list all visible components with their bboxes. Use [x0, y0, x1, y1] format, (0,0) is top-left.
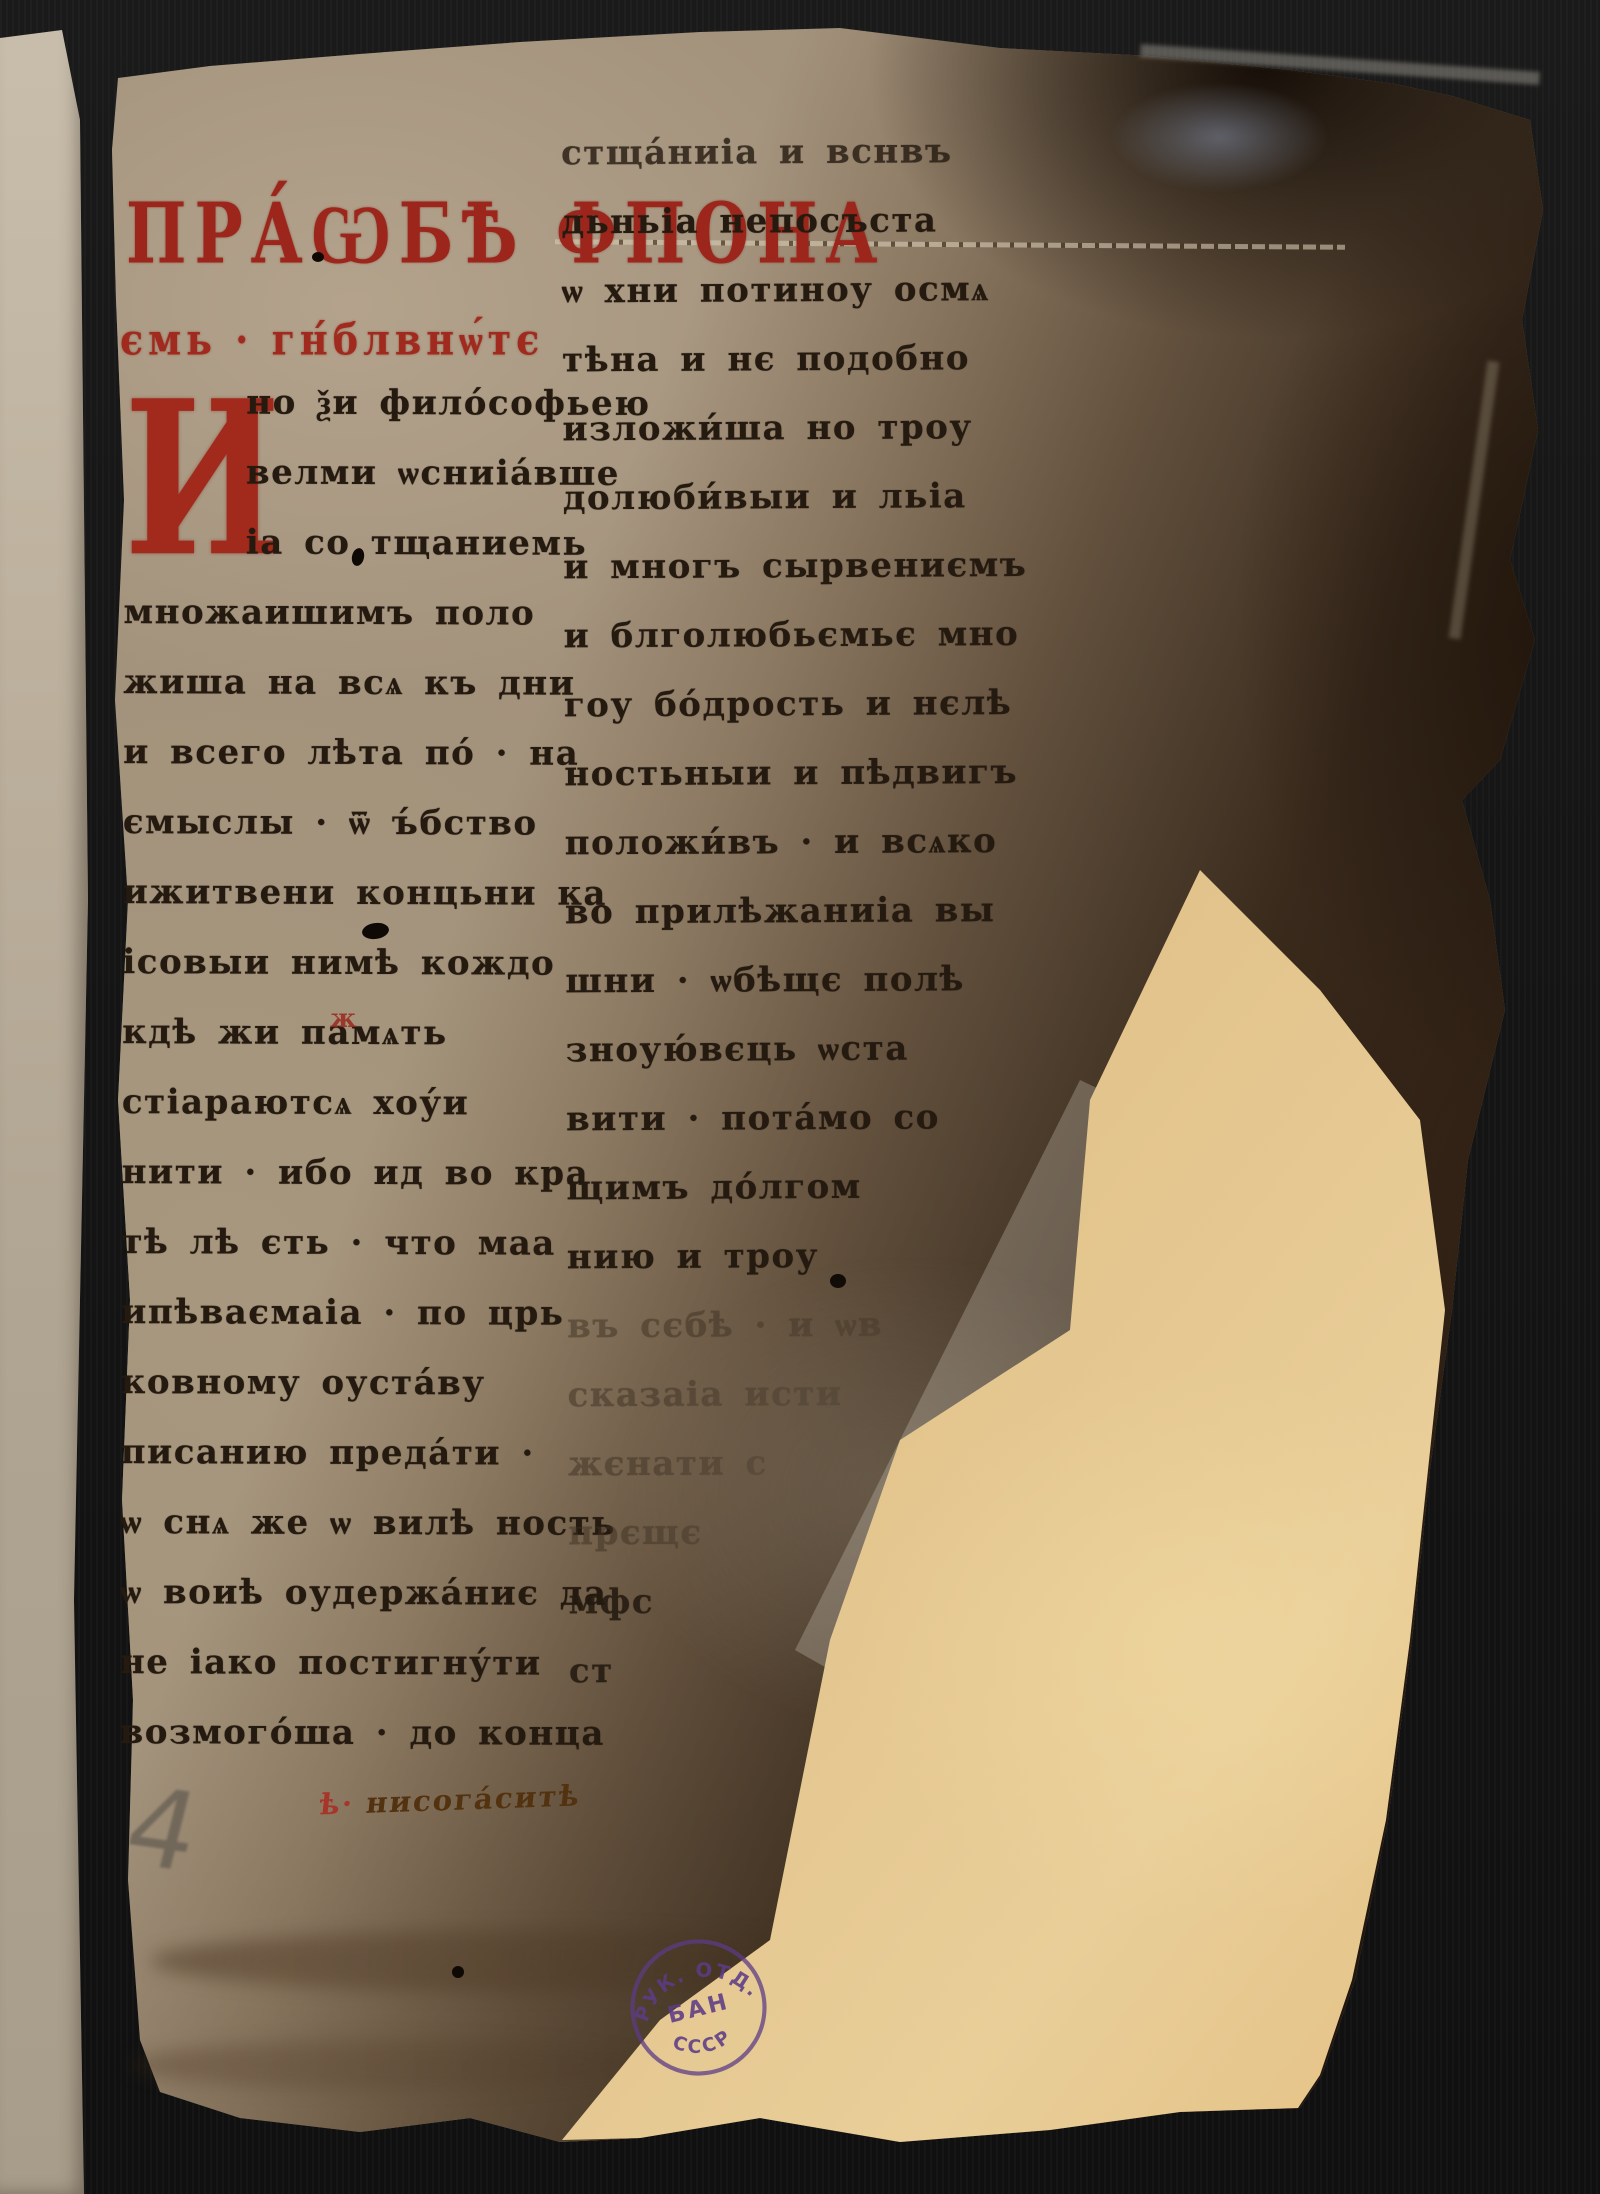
parchment-hole: [452, 1966, 464, 1978]
text-line: гоу бо́дрость и нєлѣ: [564, 669, 1109, 741]
text-line: долюби́выи и льіа: [563, 462, 1108, 534]
text-line: изложи́ша но троу: [562, 393, 1107, 465]
text-line: нити · ибо ид во кра: [122, 1137, 602, 1209]
text-line: іа со тщаниемь: [124, 507, 604, 579]
text-line: кдѣ жи памѧть: [122, 997, 602, 1069]
text-line: и всего лѣта по́ · на: [123, 717, 603, 789]
text-line: ижитвени концьни ка: [122, 857, 602, 929]
text-line: ѡ хни потиноу осмѧ: [562, 255, 1107, 327]
text-line: ємыслы · ѿ ъ́бство: [123, 787, 603, 859]
bottom-ink-smear: [130, 2040, 650, 2090]
text-line: вити · пота́мо со: [566, 1083, 1111, 1155]
blue-grey-smudge: [1110, 82, 1330, 192]
text-line: но ѯи фило́софьею: [124, 367, 604, 439]
text-line: писанию преда́ти ·: [121, 1417, 601, 1489]
text-line: не іако постигну́ти: [120, 1627, 600, 1699]
text-line: стща́ниіа и вснвъ: [561, 117, 1106, 189]
text-line: ѡ снѧ же ѡ вилѣ ность: [120, 1487, 600, 1559]
text-line: стіараютсѧ хоу́и: [122, 1067, 602, 1139]
text-line: тѣ лѣ єть · что маа: [121, 1207, 601, 1279]
text-line: и блголюбьємьє мно: [563, 600, 1108, 672]
inscription-red-mark: ѣ·: [318, 1786, 356, 1821]
text-line: положи́въ · и всѧко: [564, 807, 1109, 879]
book-flyleaf-edge: [0, 0, 92, 2194]
text-line: ѡ воиѣ оудержа́ниє да: [120, 1557, 600, 1629]
interlinear-red-mark: ж: [330, 1004, 356, 1034]
text-line: ностьныи и пѣдвигъ: [564, 738, 1109, 810]
text-line: ипѣваємаіа · по црь: [121, 1277, 601, 1349]
text-line: велми ѡсниіа́вше: [124, 437, 604, 509]
manuscript-photo: ПРА́ѠБѢ ФПОНА ємь · гн́блвнѡ́тє И но ѯи …: [0, 0, 1600, 2194]
text-line: и многъ сырвениємъ: [563, 531, 1108, 603]
text-line: возмого́ша · до конца: [120, 1697, 600, 1769]
text-line: множаишимъ поло: [123, 577, 603, 649]
text-line: тѣна и нє подобно: [562, 324, 1107, 396]
left-text-column: но ѯи фило́софьеювелми ѡсниіа́вшеіа со т…: [120, 367, 605, 1769]
text-line: шни · ѡбѣщє полѣ: [565, 945, 1110, 1017]
text-line: зноую́вєць ѡста: [566, 1014, 1111, 1086]
stamp-text-middle: БАН: [665, 1988, 733, 2028]
text-line: ковному оуста́ву: [121, 1347, 601, 1419]
parchment-hole: [312, 252, 324, 262]
text-line: ісовыи нимѣ кождо: [122, 927, 602, 999]
text-line: жиша на всѧ къ дни: [123, 647, 603, 719]
text-line: во прилѣжаниіа вы: [565, 876, 1110, 948]
text-line: дьньіа непосъста: [561, 186, 1106, 258]
